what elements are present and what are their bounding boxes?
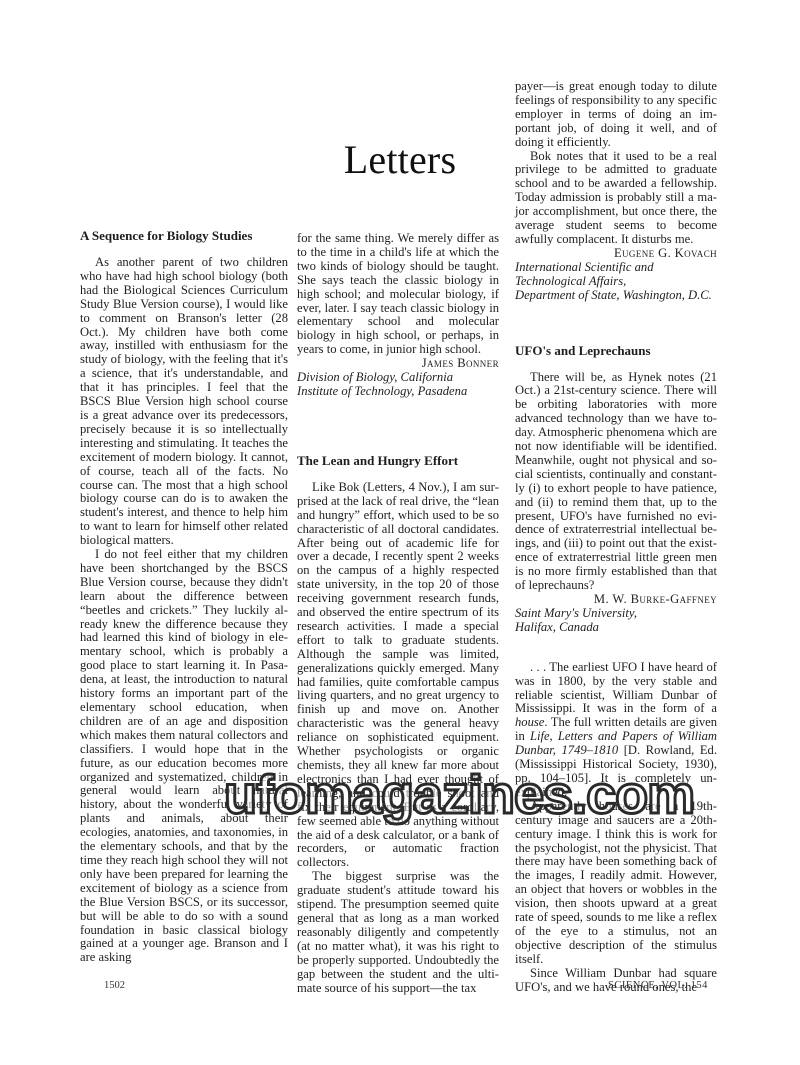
affiliation-line: International Scientific and <box>515 261 717 275</box>
column-1: A Sequence for Biology Studies As anothe… <box>80 228 288 965</box>
affiliation-line: Technological Affairs, <box>515 275 717 289</box>
letter-paragraph-continued: payer—is great enough today to dilute fe… <box>515 80 717 150</box>
letter-paragraph: . . . The earliest UFO I have heard of w… <box>515 661 717 800</box>
letter-paragraph-continued: for the same thing. We merely differ as … <box>297 232 499 357</box>
column-2: for the same thing. We merely differ as … <box>297 232 499 995</box>
letter-paragraph: Like Bok (Letters, 4 Nov.), I am sur­pri… <box>297 481 499 870</box>
letter-heading-lean-hungry: The Lean and Hungry Effort <box>297 453 499 469</box>
letter-heading-biology: A Sequence for Biology Studies <box>80 228 288 244</box>
signature-burke-gaffney: M. W. Burke-Gaffney <box>515 593 717 607</box>
signature-bonner: James Bonner <box>297 357 499 371</box>
emphasis-house: house <box>515 715 544 729</box>
page-title: Letters <box>320 138 480 182</box>
letter-paragraph: There will be, as Hynek notes (21 Oct.) … <box>515 371 717 594</box>
letter-paragraph: Apparently houses are a 19th-century ima… <box>515 800 717 967</box>
column-3: payer—is great enough today to dilute fe… <box>515 80 717 994</box>
page-number: 1502 <box>104 980 125 991</box>
letter-paragraph: As another parent of two children who ha… <box>80 256 288 548</box>
journal-footer: SCIENCE, VOL. 154 <box>608 980 708 991</box>
signature-kovach: Eugene G. Kovach <box>515 247 717 261</box>
affiliation-line: Saint Mary's University, <box>515 607 717 621</box>
letter-paragraph: I do not feel either that my children ha… <box>80 548 288 965</box>
affiliation-line: Halifax, Canada <box>515 621 717 635</box>
letter-paragraph: Bok notes that it used to be a real priv… <box>515 150 717 247</box>
affiliation-line: Division of Biology, California <box>297 371 499 385</box>
letter-heading-ufos-leprechauns: UFO's and Leprechauns <box>515 343 717 359</box>
letter-paragraph: The biggest surprise was the graduate st… <box>297 870 499 995</box>
affiliation-line: Institute of Technology, Pasadena <box>297 385 499 399</box>
affiliation-line: Department of State, Washington, D.C. <box>515 289 717 303</box>
